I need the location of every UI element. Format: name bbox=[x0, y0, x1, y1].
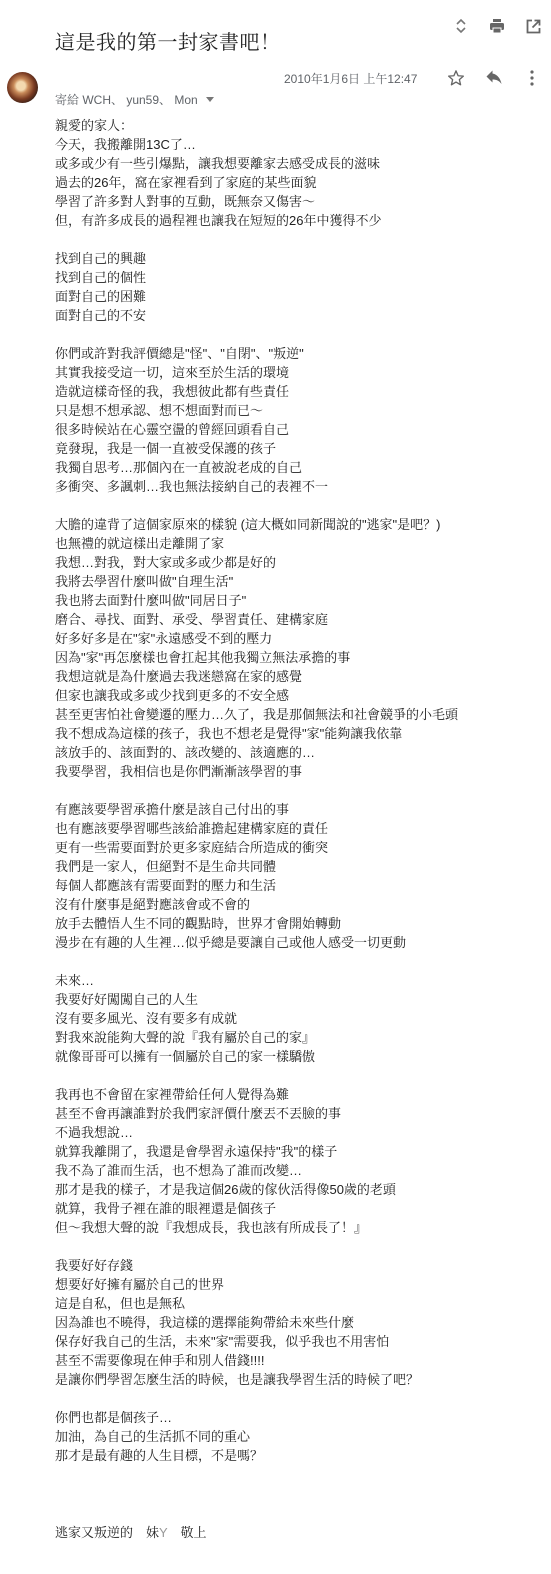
body-line: 竟發現，我是一個一直被受保護的孩子 bbox=[55, 439, 458, 458]
sender-avatar[interactable] bbox=[7, 72, 38, 103]
body-line: 漫步在有趣的人生裡…似乎總是要讓自己或他人感受一切更動 bbox=[55, 933, 458, 952]
star-button[interactable] bbox=[437, 66, 475, 90]
body-line: 這是自私，但也是無私 bbox=[55, 1294, 458, 1313]
reply-icon bbox=[485, 70, 503, 86]
body-line bbox=[55, 230, 458, 249]
body-line: 甚至更害怕社會變遷的壓力…久了，我是那個無法和社會競爭的小毛頭 bbox=[55, 705, 458, 724]
body-line: 面對自己的不安 bbox=[55, 306, 458, 325]
print-icon bbox=[489, 18, 505, 34]
body-line: 沒有要多風光、沒有要多有成就 bbox=[55, 1009, 458, 1028]
expand-all-button[interactable] bbox=[443, 14, 479, 38]
body-line: 就算我離開了，我還是會學習永遠保持"我"的樣子 bbox=[55, 1142, 458, 1161]
unfold-icon bbox=[454, 17, 468, 35]
body-line bbox=[55, 325, 458, 344]
reply-button[interactable] bbox=[475, 66, 513, 90]
body-line: 但～我想大聲的說『我想成長，我也該有所成長了！』 bbox=[55, 1218, 458, 1237]
body-line: 沒有什麼事是絕對應該會或不會的 bbox=[55, 895, 458, 914]
body-line: 大膽的違背了這個家原來的樣貌 (這大概如同新聞說的"逃家"是吧？) bbox=[55, 515, 458, 534]
chevron-down-icon bbox=[206, 97, 214, 102]
body-line: 想要好好擁有屬於自己的世界 bbox=[55, 1275, 458, 1294]
email-subject: 這是我的第一封家書吧！ bbox=[55, 26, 281, 55]
body-line bbox=[55, 496, 458, 515]
body-line: 我想這就是為什麼過去我迷戀窩在家的感覺 bbox=[55, 667, 458, 686]
body-line: 過去的26年，窩在家裡看到了家庭的某些面貌 bbox=[55, 173, 458, 192]
body-line: 我將去學習什麼叫做"自理生活" bbox=[55, 572, 458, 591]
recipients-dropdown[interactable]: 寄給 WCH、 yun59、 Mon bbox=[55, 91, 214, 108]
body-line bbox=[55, 952, 458, 971]
body-line: 其實我接受這一切，這來至於生活的環境 bbox=[55, 363, 458, 382]
body-line: 找到自己的興趣 bbox=[55, 249, 458, 268]
body-line: 找到自己的個性 bbox=[55, 268, 458, 287]
body-line: 不過我想說… bbox=[55, 1123, 458, 1142]
body-line: 放手去體悟人生不同的觀點時，世界才會開始轉動 bbox=[55, 914, 458, 933]
body-line: 你們也都是個孩子… bbox=[55, 1408, 458, 1427]
body-line: 對我來說能夠大聲的說『我有屬於自己的家』 bbox=[55, 1028, 458, 1047]
body-line: 造就這樣奇怪的我，我想彼此都有些責任 bbox=[55, 382, 458, 401]
body-line: 或多或少有一些引爆點，讓我想要離家去感受成長的滋味 bbox=[55, 154, 458, 173]
thread-toolbar bbox=[443, 14, 551, 38]
signature-suffix: 敬上 bbox=[167, 1525, 206, 1540]
body-line: 該放手的、該面對的、該改變的、該適應的… bbox=[55, 743, 458, 762]
body-line: 甚至不需要像現在伸手和別人借錢!!!! bbox=[55, 1351, 458, 1370]
body-line: 因為"家"再怎麼樣也會扛起其他我獨立無法承擔的事 bbox=[55, 648, 458, 667]
body-line: 很多時候站在心靈空盪的曾經回頭看自己 bbox=[55, 420, 458, 439]
body-line: 今天，我搬離開13C了… bbox=[55, 135, 458, 154]
body-line: 也有應該要學習哪些該給誰擔起建構家庭的責任 bbox=[55, 819, 458, 838]
body-line: 學習了許多對人對事的互動，既無奈又傷害～ bbox=[55, 192, 458, 211]
body-line: 你們或許對我評價總是"怪"、"自閉"、"叛逆" bbox=[55, 344, 458, 363]
body-line: 我想…對我，對大家或多或少都是好的 bbox=[55, 553, 458, 572]
body-line: 那才是我的樣子，才是我這個26歲的傢伙活得像50歲的老頭 bbox=[55, 1180, 458, 1199]
signature: 逃家又叛逆的 妹Y 敬上 bbox=[55, 1522, 206, 1541]
body-line: 我再也不會留在家裡帶給任何人覺得為難 bbox=[55, 1085, 458, 1104]
body-line: 保存好我自己的生活，未來"家"需要我，似乎我也不用害怕 bbox=[55, 1332, 458, 1351]
body-line: 有應該要學習承擔什麼是該自己付出的事 bbox=[55, 800, 458, 819]
body-line: 就算，我骨子裡在誰的眼裡還是個孩子 bbox=[55, 1199, 458, 1218]
body-line bbox=[55, 1237, 458, 1256]
print-button[interactable] bbox=[479, 14, 515, 38]
more-options-button[interactable] bbox=[513, 66, 551, 90]
body-line: 面對自己的困難 bbox=[55, 287, 458, 306]
body-line: 我們是一家人，但絕對不是生命共同體 bbox=[55, 857, 458, 876]
body-line: 好多好多是在"家"永遠感受不到的壓力 bbox=[55, 629, 458, 648]
body-line: 因為誰也不曉得，我這樣的選擇能夠帶給未來些什麼 bbox=[55, 1313, 458, 1332]
star-icon bbox=[447, 69, 465, 87]
body-line: 更有一些需要面對於更多家庭結合所造成的衝突 bbox=[55, 838, 458, 857]
body-line: 我不為了誰而生活，也不想為了誰而改變… bbox=[55, 1161, 458, 1180]
body-line bbox=[55, 781, 458, 800]
recipients-label: 寄給 WCH、 yun59、 Mon bbox=[55, 91, 198, 108]
body-line: 我要好好存錢 bbox=[55, 1256, 458, 1275]
body-line bbox=[55, 1389, 458, 1408]
body-line bbox=[55, 1066, 458, 1085]
more-vert-icon bbox=[529, 69, 535, 87]
body-line: 是讓你們學習怎麼生活的時候，也是讓我學習生活的時候了吧？ bbox=[55, 1370, 458, 1389]
body-line: 每個人都應該有需要面對的壓力和生活 bbox=[55, 876, 458, 895]
message-actions bbox=[437, 66, 551, 90]
message-date: 2010年1月6日 上午12:47 bbox=[284, 70, 417, 87]
body-line: 那才是最有趣的人生目標，不是嗎？ bbox=[55, 1446, 458, 1465]
body-line: 未來… bbox=[55, 971, 458, 990]
body-line: 我要學習，我相信也是你們漸漸該學習的事 bbox=[55, 762, 458, 781]
body-line: 但，有許多成長的過程裡也讓我在短短的26年中獲得不少 bbox=[55, 211, 458, 230]
body-line: 也無禮的就這樣出走離開了家 bbox=[55, 534, 458, 553]
email-body: 親愛的家人：今天，我搬離開13C了…或多或少有一些引爆點，讓我想要離家去感受成長… bbox=[55, 116, 458, 1465]
body-line: 就像哥哥可以擁有一個屬於自己的家一樣驕傲 bbox=[55, 1047, 458, 1066]
open-in-new-window-button[interactable] bbox=[515, 14, 551, 38]
body-line: 但家也讓我或多或少找到更多的不安全感 bbox=[55, 686, 458, 705]
body-line: 親愛的家人： bbox=[55, 116, 458, 135]
body-line: 我也將去面對什麼叫做"同居日子" bbox=[55, 591, 458, 610]
open-in-new-window-icon bbox=[526, 19, 541, 34]
signature-prefix: 逃家又叛逆的 妹 bbox=[55, 1525, 159, 1540]
body-line: 我獨自思考…那個內在一直被說老成的自己 bbox=[55, 458, 458, 477]
body-line: 我不想成為這樣的孩子，我也不想老是覺得"家"能夠讓我依靠 bbox=[55, 724, 458, 743]
body-line: 多衝突、多諷刺…我也無法接納自己的表裡不一 bbox=[55, 477, 458, 496]
body-line: 只是想不想承認、想不想面對而已～ bbox=[55, 401, 458, 420]
body-line: 加油，為自己的生活抓不同的重心 bbox=[55, 1427, 458, 1446]
body-line: 磨合、尋找、面對、承受、學習責任、建構家庭 bbox=[55, 610, 458, 629]
body-line: 甚至不會再讓誰對於我們家評價什麼丟不丟臉的事 bbox=[55, 1104, 458, 1123]
body-line: 我要好好闖闖自己的人生 bbox=[55, 990, 458, 1009]
